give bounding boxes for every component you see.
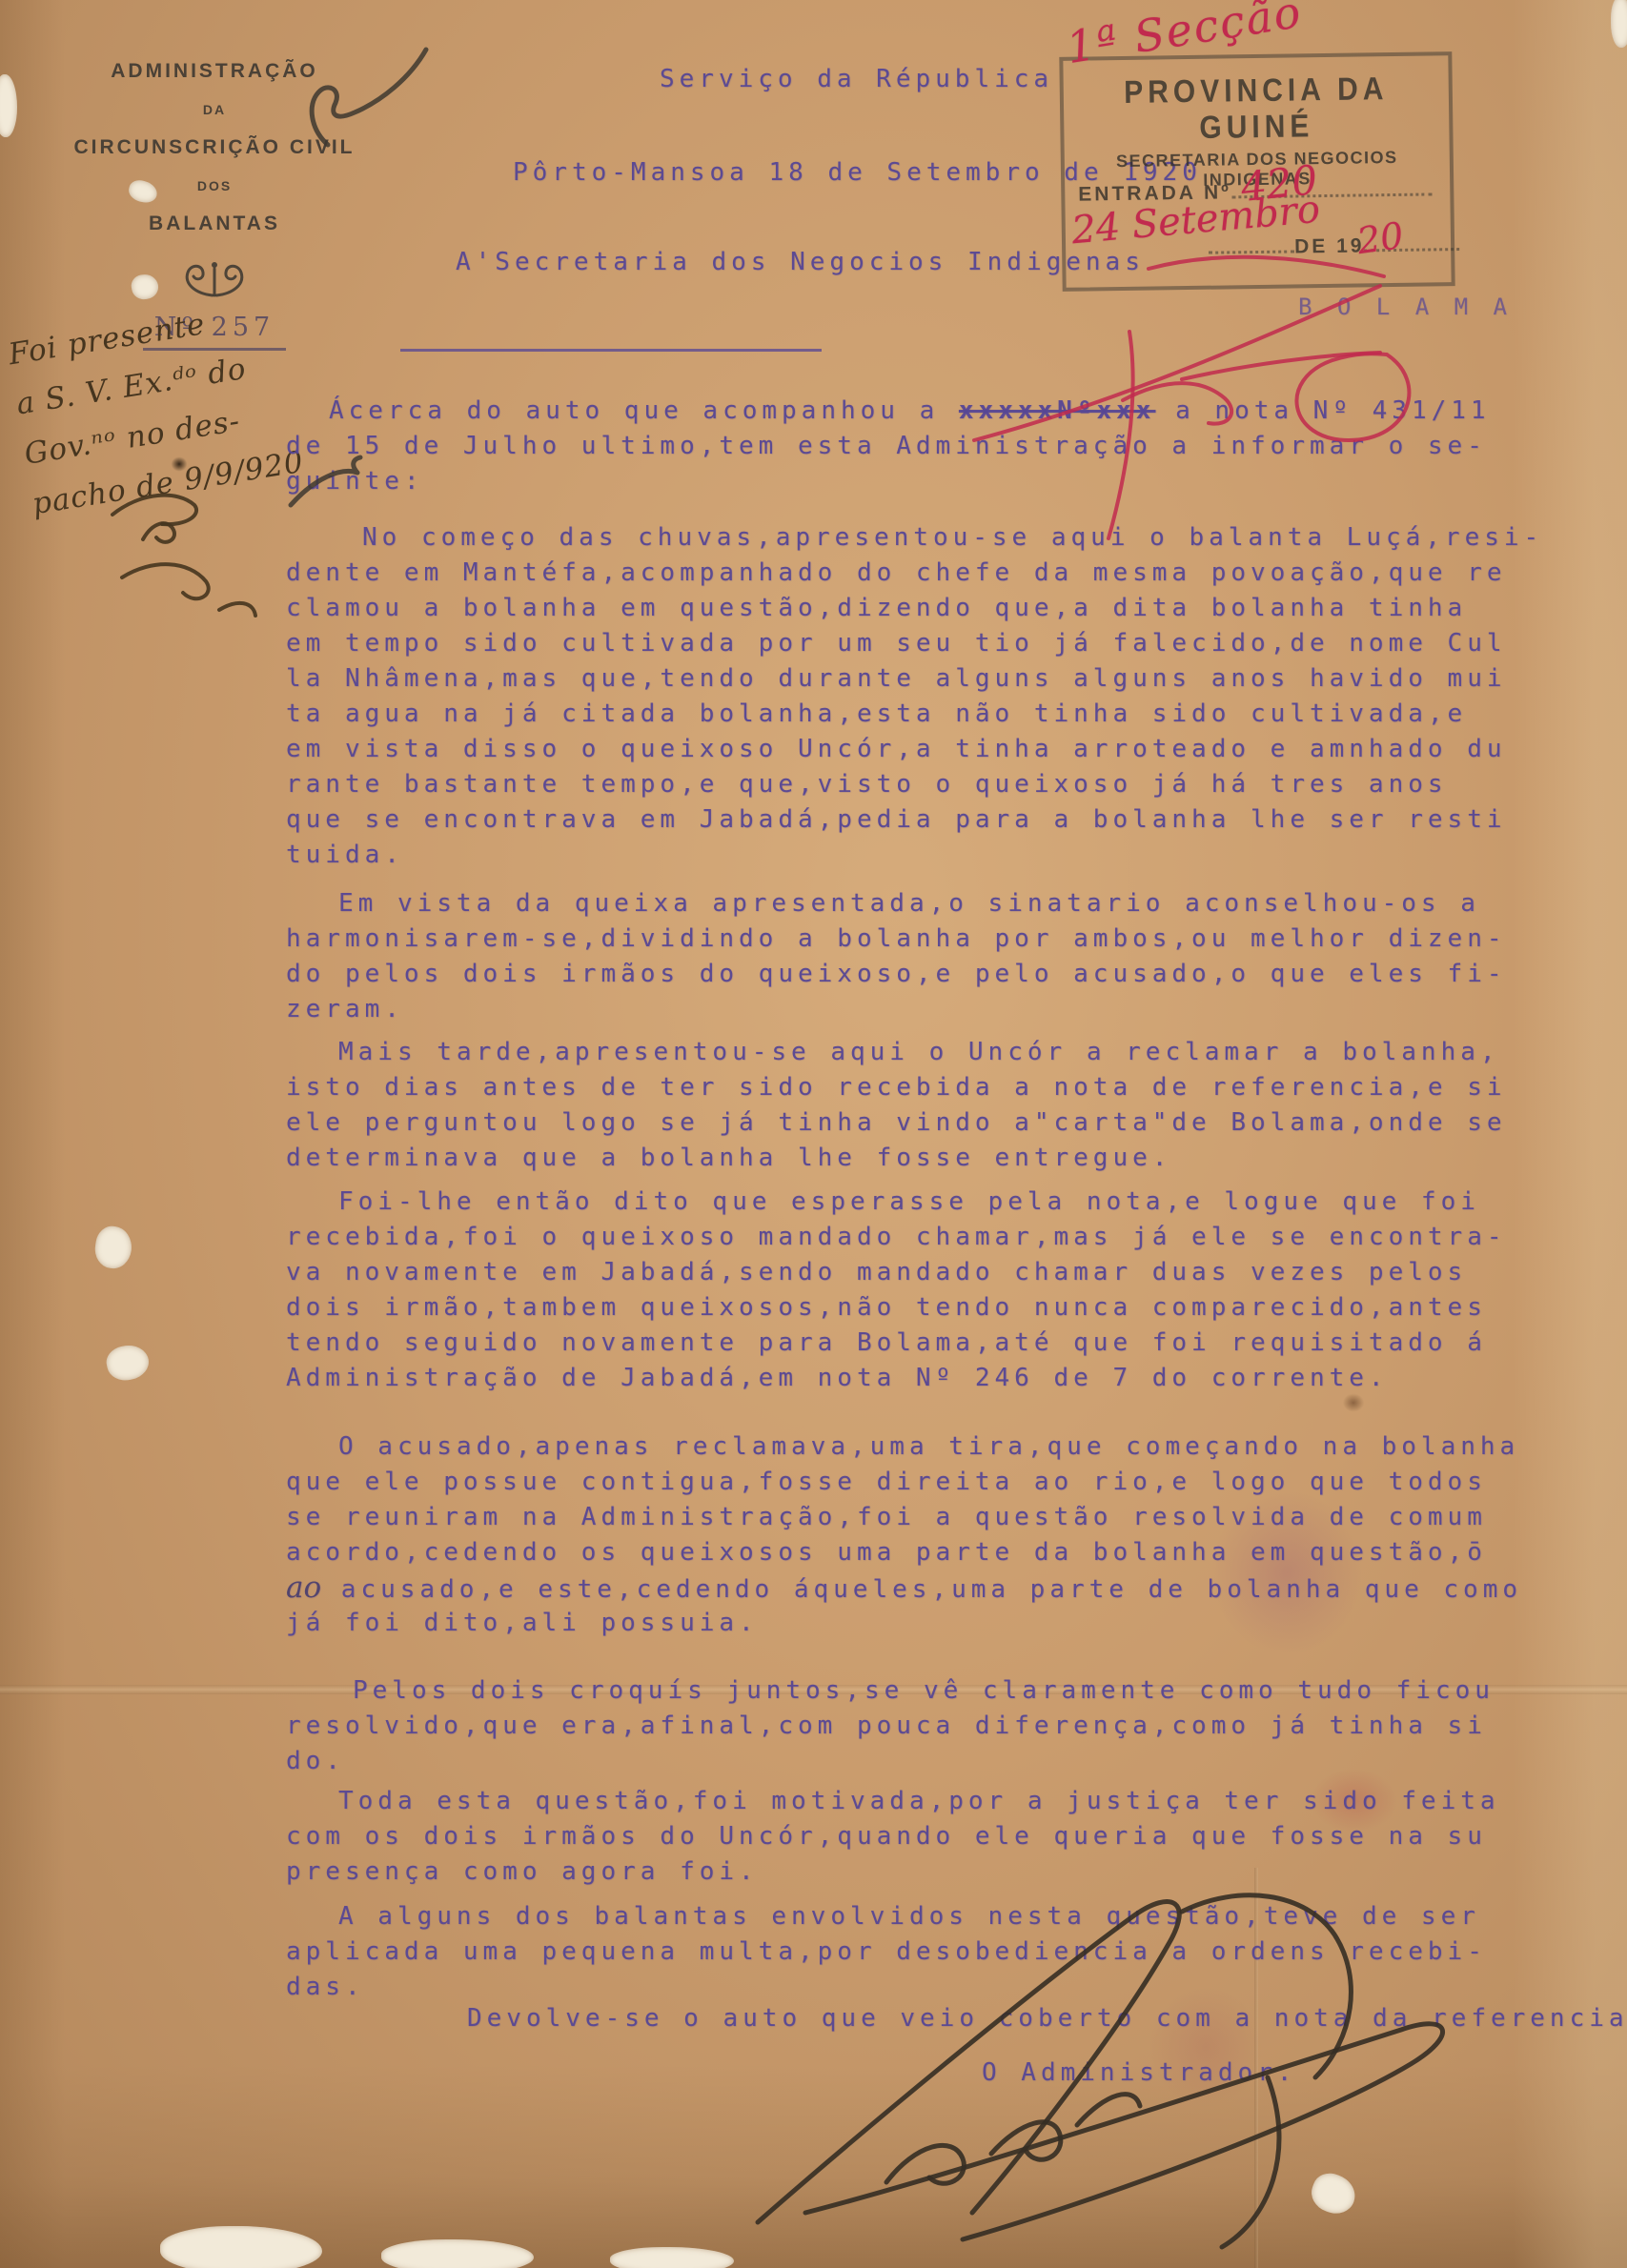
- typed-line: Devolve-se o auto que veio coberto com a…: [286, 2001, 1620, 2036]
- typed-line: das.: [286, 1970, 1620, 2005]
- typed-line: zeram.: [286, 992, 1620, 1027]
- typed-line: tendo seguido novamente para Bolama,até …: [286, 1326, 1620, 1361]
- typed-line: ta agua na já citada bolanha,esta não ti…: [286, 697, 1620, 732]
- typed-line: guinte:: [286, 464, 1620, 499]
- city-line: B O L A M A: [1298, 294, 1513, 320]
- paper-chip: [104, 1342, 153, 1384]
- paper-chip: [1307, 2168, 1361, 2218]
- typed-line: la Nhâmena,mas que,tendo durante alguns …: [286, 661, 1620, 697]
- letterhead-line: DOS: [55, 175, 374, 196]
- paper-chip: [1611, 0, 1627, 48]
- typed-line: Pelos dois croquís juntos,se vê claramen…: [286, 1673, 1620, 1709]
- margin-note: Foi presentea S. V. Ex.ᵈᵒ doGov.ⁿᵒ no de…: [5, 286, 318, 530]
- letterhead-line: ADMINISTRAÇÃO: [55, 59, 374, 84]
- handwritten-entry-year: 20: [1354, 214, 1406, 262]
- typed-line: resolvido,que era,afinal,com pouca difer…: [286, 1709, 1620, 1744]
- typed-line: isto dias antes de ter sido recebida a n…: [286, 1070, 1620, 1105]
- typed-line: clamou a bolanha em questão,dizendo que,…: [286, 591, 1620, 626]
- typed-line: do.: [286, 1744, 1620, 1779]
- typed-line: que se encontrava em Jabadá,pedia para a…: [286, 802, 1620, 838]
- typed-line: com os dois irmãos do Uncór,quando ele q…: [286, 1819, 1620, 1854]
- typed-line: de 15 de Julho ultimo,tem esta Administr…: [286, 429, 1620, 464]
- paper-chip: [381, 2239, 534, 2268]
- typed-line: harmonisarem-se,dividindo a bolanha por …: [286, 921, 1620, 957]
- typed-line: Foi-lhe então dito que esperasse pela no…: [286, 1185, 1620, 1220]
- typed-line: acordo,cedendo os queixosos uma parte da…: [286, 1535, 1620, 1570]
- typed-line: va novamente em Jabadá,sendo mandado cha…: [286, 1255, 1620, 1290]
- typed-line: presença como agora foi.: [286, 1854, 1620, 1890]
- paper-chip: [610, 2247, 734, 2268]
- typed-line: se reuniram na Administração,foi a quest…: [286, 1500, 1620, 1535]
- typed-line: recebida,foi o queixoso mandado chamar,m…: [286, 1220, 1620, 1255]
- letterhead-line: BALANTAS: [55, 212, 374, 236]
- typed-line: dois irmão,tambem queixosos,não tendo nu…: [286, 1290, 1620, 1326]
- paragraph-2: No começo das chuvas,apresentou-se aqui …: [286, 520, 1620, 873]
- typed-line: determinava que a bolanha lhe fosse entr…: [286, 1141, 1620, 1176]
- typed-line: Administração de Jabadá,em nota Nº 246 d…: [286, 1361, 1620, 1396]
- typed-line: ele perguntou logo se já tinha vindo a"c…: [286, 1105, 1620, 1141]
- paragraph-4: Mais tarde,apresentou-se aqui o Uncór a …: [286, 1035, 1620, 1176]
- header-rule: [400, 349, 822, 352]
- paper-chip: [0, 74, 17, 137]
- paper-chip: [92, 1225, 134, 1271]
- typed-line: já foi dito,ali possuia.: [286, 1606, 1620, 1641]
- stamp-province: PROVINCIA DA GUINÉ: [1064, 71, 1450, 149]
- typed-line: O acusado,apenas reclamava,uma tira,que …: [286, 1429, 1620, 1465]
- typed-line: tuida.: [286, 838, 1620, 873]
- typed-line: que ele possue contigua,fosse direita ao…: [286, 1465, 1620, 1500]
- addressee-line: A'Secretaria dos Negocios Indigenas: [456, 248, 1145, 276]
- paragraph-3: Em vista da queixa apresentada,o sinatar…: [286, 886, 1620, 1027]
- letterhead-line: CIRCUNSCRIÇÃO CIVIL: [55, 135, 374, 160]
- paragraph-6: O acusado,apenas reclamava,uma tira,que …: [286, 1429, 1620, 1641]
- typed-line: Mais tarde,apresentou-se aqui o Uncór a …: [286, 1035, 1620, 1070]
- typed-line: em tempo sido cultivada por um seu tio j…: [286, 626, 1620, 661]
- stamp-year-label: DE 19: [1294, 234, 1365, 257]
- typed-line: Ácerca do auto que acompanhou a xxxxxNºx…: [286, 394, 1620, 429]
- service-line: Serviço da Républica: [660, 65, 1053, 93]
- paper-chip: [160, 2226, 322, 2268]
- paragraph-1: Ácerca do auto que acompanhou a xxxxxNºx…: [286, 394, 1620, 499]
- typed-line: No começo das chuvas,apresentou-se aqui …: [286, 520, 1620, 556]
- scanned-letter-page: ADMINISTRAÇÃO DA CIRCUNSCRIÇÃO CIVIL DOS…: [0, 0, 1627, 2268]
- typed-line: Toda esta questão,foi motivada,por a jus…: [286, 1784, 1620, 1819]
- paragraph-9: A alguns dos balantas envolvidos nesta q…: [286, 1899, 1620, 2005]
- paragraph-8: Toda esta questão,foi motivada,por a jus…: [286, 1784, 1620, 1890]
- typed-line: em vista disso o queixoso Uncór,a tinha …: [286, 732, 1620, 767]
- closing-line: O Administrador.: [982, 2058, 1296, 2087]
- typed-line: Em vista da queixa apresentada,o sinatar…: [286, 886, 1620, 921]
- typed-line: A alguns dos balantas envolvidos nesta q…: [286, 1899, 1620, 1934]
- typed-line: dente em Mantéfa,acompanhado do chefe da…: [286, 556, 1620, 591]
- paragraph-7: Pelos dois croquís juntos,se vê claramen…: [286, 1673, 1620, 1779]
- paragraph-10: Devolve-se o auto que veio coberto com a…: [286, 2001, 1620, 2036]
- paragraph-5: Foi-lhe então dito que esperasse pela no…: [286, 1185, 1620, 1396]
- typed-line: aplicada uma pequena multa,por desobedie…: [286, 1934, 1620, 1970]
- typed-line: ao acusado,e este,cedendo áqueles,uma pa…: [286, 1570, 1620, 1606]
- typed-line: rante bastante tempo,e que,visto o queix…: [286, 767, 1620, 802]
- typed-line: do pelos dois irmãos do queixoso,e pelo …: [286, 957, 1620, 992]
- letterhead-line: DA: [55, 99, 374, 120]
